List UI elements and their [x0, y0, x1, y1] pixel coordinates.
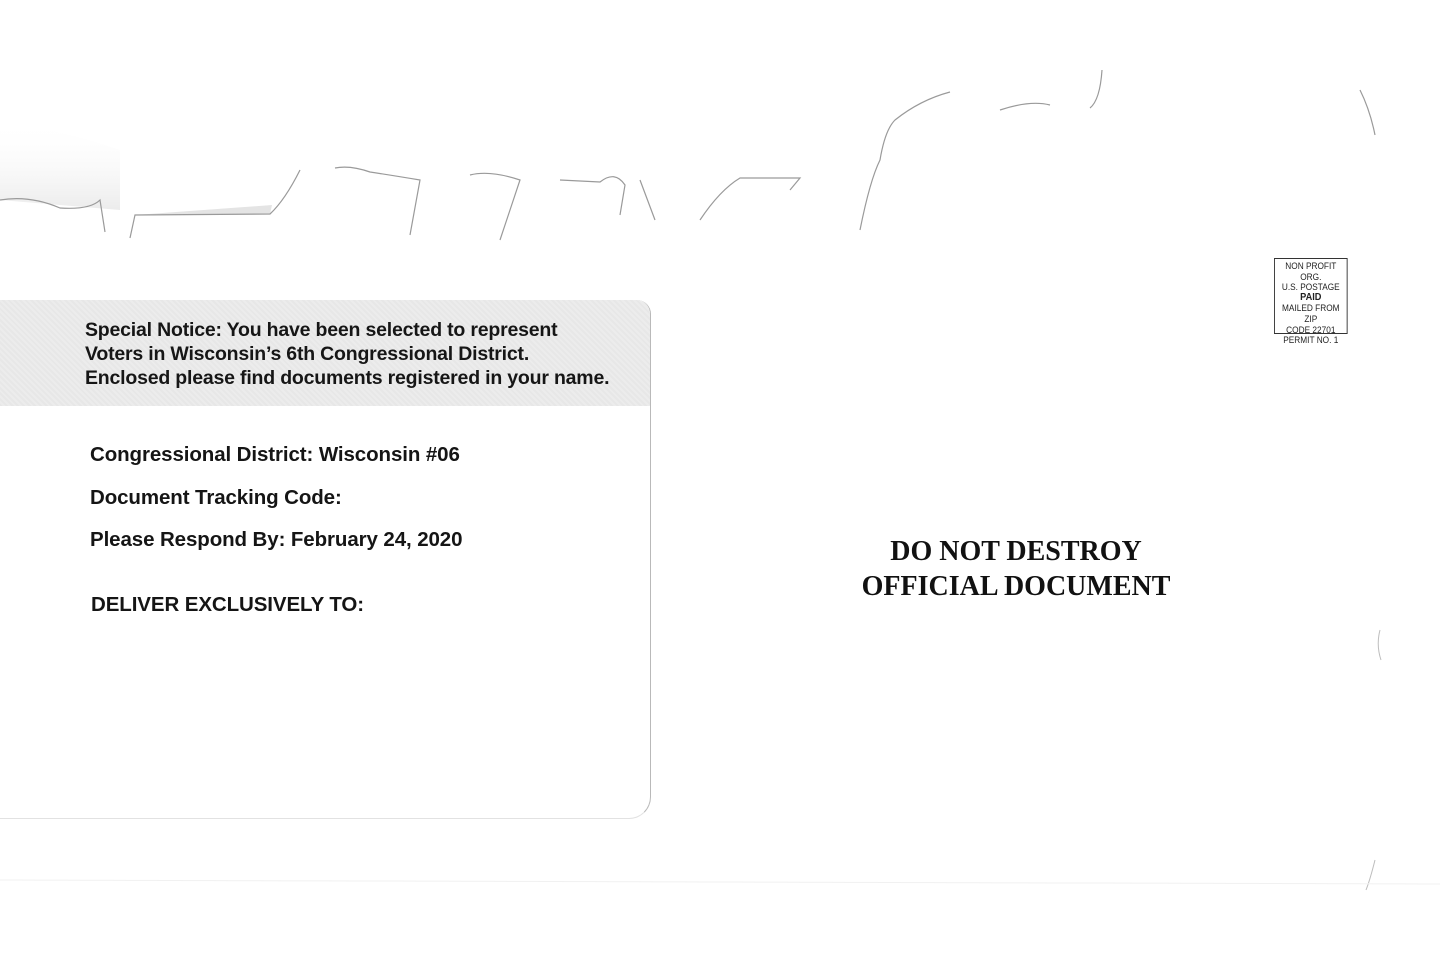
respond-by-field: Please Respond By: February 24, 2020 [90, 528, 462, 552]
indicia-line: NON PROFIT ORG. [1275, 261, 1347, 282]
notice-line: Enclosed please find documents registere… [85, 366, 609, 390]
special-notice-band: Special Notice: You have been selected t… [0, 300, 650, 406]
warning-line-2: OFFICIAL DOCUMENT [820, 569, 1212, 604]
indicia-line: PERMIT NO. 1 [1275, 335, 1347, 346]
do-not-destroy-warning: DO NOT DESTROY OFFICIAL DOCUMENT [820, 534, 1212, 604]
torn-flap-edge [0, 0, 1440, 260]
indicia-line: CODE 22701 [1275, 325, 1347, 336]
postage-indicia: NON PROFIT ORG. U.S. POSTAGE PAID MAILED… [1274, 258, 1348, 334]
indicia-paid: PAID [1275, 293, 1347, 304]
district-field: Congressional District: Wisconsin #06 [90, 443, 460, 467]
deliver-to-field: DELIVER EXCLUSIVELY TO: [91, 593, 364, 617]
notice-line: Voters in Wisconsin’s 6th Congressional … [85, 342, 609, 366]
indicia-line: MAILED FROM ZIP [1275, 303, 1347, 324]
envelope-scan: Special Notice: You have been selected t… [0, 0, 1440, 960]
address-window: Special Notice: You have been selected t… [0, 300, 651, 819]
special-notice: Special Notice: You have been selected t… [85, 318, 609, 390]
tracking-code-field: Document Tracking Code: [90, 486, 342, 510]
notice-line: Special Notice: You have been selected t… [85, 318, 609, 342]
warning-line-1: DO NOT DESTROY [820, 534, 1212, 569]
